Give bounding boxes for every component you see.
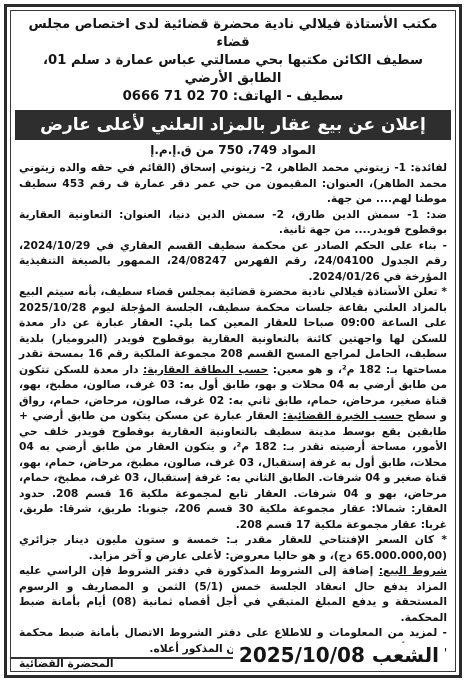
land-card-heading: حسب البطاقة العقارية: <box>143 363 268 376</box>
judgment-paragraph: - بناء على الحكم الصادر عن محكمة سطيف ال… <box>19 238 447 285</box>
notice-body: لفائدة: 1- زيتوني محمد الطاهر، 2- زيتوني… <box>11 160 455 656</box>
defendant-paragraph: ضد: 1- سمش الدين طارق، 2- سمش الدين دنيا… <box>19 207 447 238</box>
office-header-line1: مكتب الأستاذة فيلالي نادية محضرة قضائية … <box>19 16 447 52</box>
beneficiary-paragraph: لفائدة: 1- زيتوني محمد الطاهر، 2- زيتوني… <box>19 160 447 207</box>
expertise-description: العقار عبارة عن مسكن يتكون من طابق أرضي … <box>19 409 447 531</box>
conditions-paragraph: شروط البيع: إضافة إلى الشروط المذكورة في… <box>19 563 447 625</box>
conditions-heading: شروط البيع: <box>379 564 447 577</box>
price-paragraph: * كان السعر الإفتتاحي للعقار مقدر بـ: خم… <box>19 532 447 563</box>
notice-title-banner: إعلان عن بيع عقار بالمزاد العلني لأعلى ع… <box>15 110 451 140</box>
sale-paragraph: * تعلن الأستاذة فيلالي نادية محضرة قضائي… <box>19 284 447 532</box>
office-header-phone: سطيف - الهاتف: 70 02 71 0666 <box>19 88 447 106</box>
office-header: مكتب الأستاذة فيلالي نادية محضرة قضائية … <box>11 11 455 108</box>
notice-title: إعلان عن بيع عقار بالمزاد العلني لأعلى ع… <box>40 115 426 135</box>
notice-frame: مكتب الأستاذة فيلالي نادية محضرة قضائية … <box>4 4 462 678</box>
office-header-line2: سطيف الكائن مكتبها بحي مسالتي عباس عمارة… <box>19 52 447 88</box>
legal-articles: المواد 749، 750 من ق.إ.م.إ <box>11 140 455 160</box>
newspaper-date: الشعب 2025/10/08 <box>233 643 445 667</box>
notice-inner-frame: مكتب الأستاذة فيلالي نادية محضرة قضائية … <box>10 10 456 672</box>
expertise-heading: حسب الخبرة القضائية: <box>283 409 403 422</box>
footer: الشعب 2025/10/08 <box>11 631 455 671</box>
